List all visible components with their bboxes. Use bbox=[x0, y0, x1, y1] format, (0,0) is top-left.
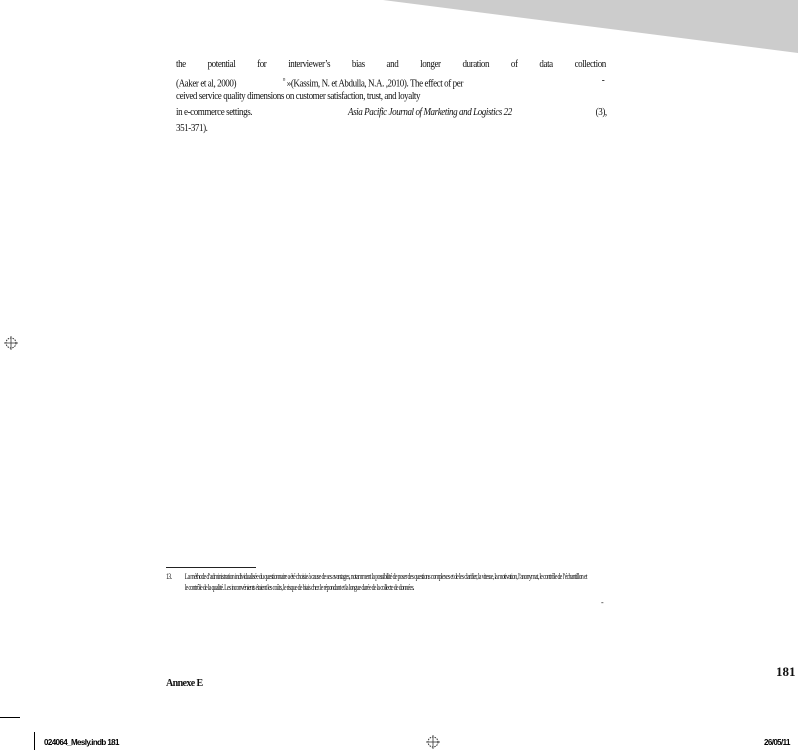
page-number: 181 bbox=[776, 664, 796, 680]
crop-mark-vertical bbox=[34, 732, 35, 750]
page-corner-shade bbox=[0, 0, 800, 60]
footnote-number: 13. bbox=[166, 572, 171, 583]
word: interviewer’s bbox=[288, 57, 330, 73]
citation-aaker: (Aaker et al, 2000) bbox=[176, 79, 236, 90]
registration-mark-icon bbox=[425, 734, 441, 750]
word: for bbox=[257, 57, 266, 73]
word: and bbox=[387, 57, 399, 73]
footnote-text: La méthode d’administration individualis… bbox=[185, 572, 588, 593]
word: of bbox=[511, 57, 518, 73]
footnote-ref: ¹³ bbox=[283, 78, 285, 84]
word: collection bbox=[575, 57, 606, 73]
section-label: Annexe E bbox=[166, 678, 203, 689]
slug-filename: 024064_Mesly.indb 181 bbox=[44, 738, 119, 747]
footnote-rule bbox=[166, 567, 256, 568]
word: the bbox=[176, 57, 186, 73]
journal-issue: (3), bbox=[596, 105, 607, 121]
body-line-4-text: in e-commerce settings. bbox=[176, 107, 252, 118]
word: longer bbox=[420, 57, 440, 73]
footnote-dash: - bbox=[601, 598, 604, 607]
citation-kassim: »(Kassim, N. et Abdulla, N.A. ,2010). Th… bbox=[287, 79, 463, 90]
crop-mark-horizontal bbox=[0, 717, 20, 718]
body-line-1: thepotentialforinterviewer’sbiasandlonge… bbox=[176, 57, 606, 73]
hyphen: - bbox=[602, 73, 605, 89]
word: data bbox=[539, 57, 552, 73]
word: potential bbox=[208, 57, 236, 73]
body-line-5: 351-371). bbox=[176, 121, 207, 137]
word: duration bbox=[462, 57, 489, 73]
body-line-3: ceived service quality dimensions on cus… bbox=[176, 89, 420, 105]
body-line-4: in e-commerce settings. Asia Pacific Jou… bbox=[176, 105, 252, 121]
slug-date: 26/05/11 bbox=[764, 738, 790, 747]
registration-mark-icon bbox=[3, 335, 19, 351]
journal-title: Asia Pacific Journal of Marketing and Lo… bbox=[348, 105, 512, 121]
word: bias bbox=[352, 57, 365, 73]
